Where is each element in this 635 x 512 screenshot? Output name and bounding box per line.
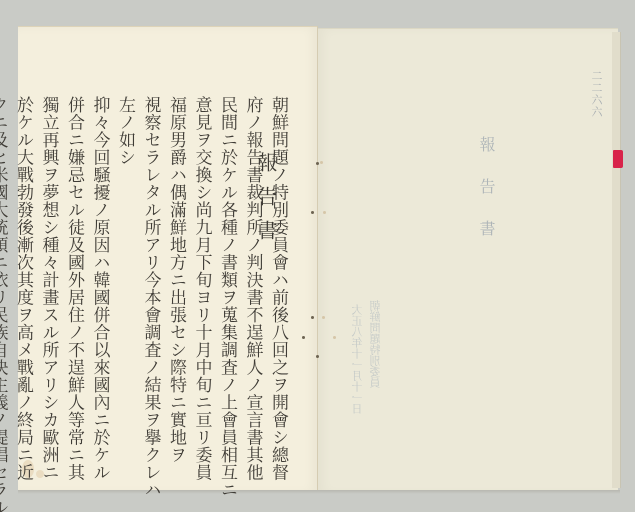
binding-hole: [333, 336, 336, 339]
pencil-title: 報告書: [475, 136, 498, 262]
binding-hole: [323, 211, 326, 214]
text-column: 福原男爵ハ偶滿鮮地方ニ出張セシ際特ニ實地ヲ: [163, 96, 189, 486]
text-column: 獨立再興ヲ夢想シ種々計畫スル所アリシカ歐洲ニ: [35, 96, 61, 486]
page-shadow: [18, 490, 620, 494]
right-page: [318, 28, 618, 493]
text-column: 於ケル大戰勃發後漸次其度ヲ高メ戰亂ノ終局ニ近: [10, 96, 36, 486]
text-column: 併合ニ嫌忌セル徒及國外居住ノ不逞鮮人等常ニ其: [61, 96, 87, 486]
text-column: クニ及ヒ米國大統領ニ依リ民族自決主義ノ提唱セラル: [0, 96, 10, 486]
text-column: 府ノ報告書裁判所ノ判決書不逞鮮人ノ宣言書其他: [239, 96, 265, 486]
text-column: 民間ニ於ケル各種ノ書類ヲ蒐集調査ノ上會員相互ニ: [214, 96, 240, 486]
text-column: 意見ヲ交換シ尚九月下旬ヨリ十月中旬ニ亘リ委員: [188, 96, 214, 486]
binding-gutter: [317, 26, 318, 492]
red-index-tab[interactable]: [613, 150, 623, 168]
text-column: 視察セラレタル所アリ今本會調査ノ結果ヲ擧クレハ: [137, 96, 163, 486]
text-column: 朝鮮問題ノ特別委員會ハ前後八回之ヲ開會シ總督: [265, 96, 291, 486]
pencil-page-number: 二二六六: [588, 70, 604, 118]
text-column: 抑々今回騒擾ノ原因ハ韓國併合以來國內ニ於ケル: [86, 96, 112, 486]
binding-hole: [311, 316, 314, 319]
binding-hole: [311, 211, 314, 214]
binding-hole: [322, 316, 325, 319]
text-column: 左ノ如シ: [112, 96, 138, 486]
bleed-through-text: 大正八年十一月十一日: [350, 304, 365, 414]
binding-hole: [320, 161, 323, 164]
report-body: 朝鮮問題ノ特別委員會ハ前後八回之ヲ開會シ總督 府ノ報告書裁判所ノ判決書不逞鮮人ノ…: [26, 86, 290, 486]
binding-hole: [316, 355, 319, 358]
binding-hole: [316, 162, 319, 165]
binding-hole: [302, 336, 305, 339]
bleed-through-text: 朝鮮問題特別委員: [368, 300, 383, 388]
page-stack-edge: [612, 32, 621, 488]
document-spread: 報告書 朝鮮問題ノ特別委員會ハ前後八回之ヲ開會シ總督 府ノ報告書裁判所ノ判決書不…: [0, 0, 635, 512]
